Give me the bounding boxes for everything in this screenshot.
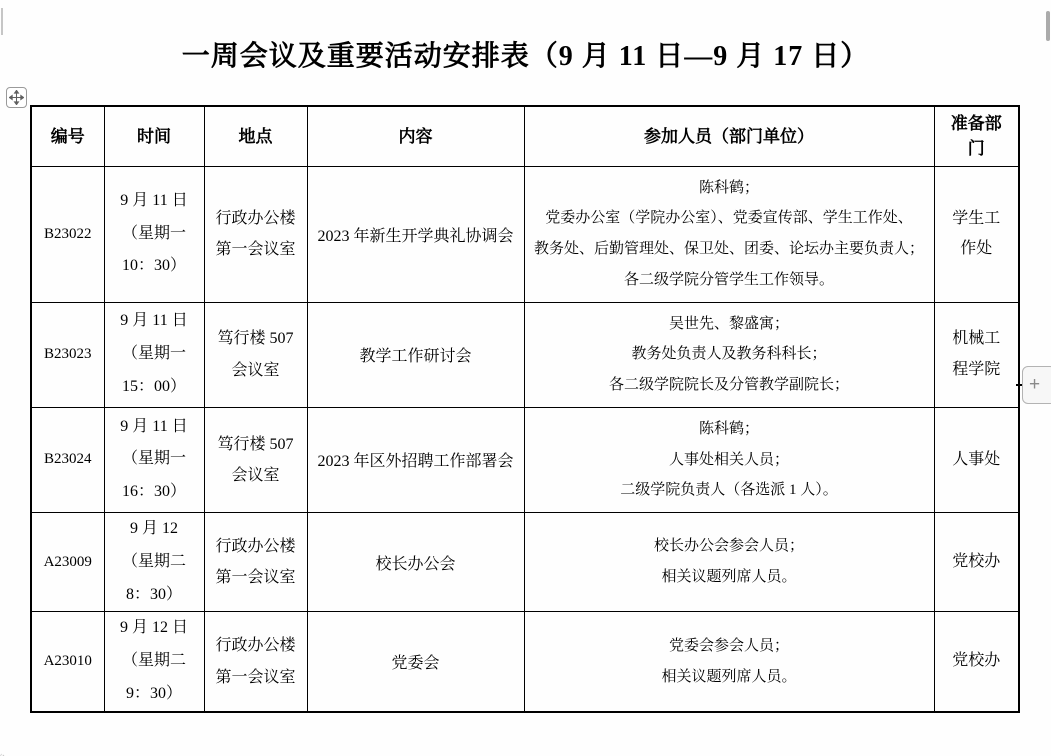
cell-participants[interactable]: 吴世先、黎盛寓； 教务处负责人及教务科科长； 各二级学院院长及分管教学副院长； bbox=[524, 302, 934, 407]
cell-content[interactable]: 2023 年区外招聘工作部署会 bbox=[307, 407, 524, 512]
cell-time[interactable]: 9 月 11 日 （星期一 10：30） bbox=[104, 166, 204, 302]
cell-place[interactable]: 行政办公楼 第一会议室 bbox=[204, 612, 307, 712]
insert-row-button[interactable]: + bbox=[1022, 366, 1051, 404]
table-move-handle[interactable] bbox=[6, 87, 27, 108]
scrollbar-thumb[interactable] bbox=[1046, 11, 1050, 41]
table-row: B23023 9 月 11 日 （星期一 15：00） 笃行楼 507 会议室 … bbox=[31, 302, 1019, 407]
cell-prep[interactable]: 学生工作处 bbox=[934, 166, 1019, 302]
cell-id[interactable]: A23010 bbox=[31, 612, 104, 712]
table-row: B23024 9 月 11 日 （星期一 16：30） 笃行楼 507 会议室 … bbox=[31, 407, 1019, 512]
cell-participants[interactable]: 校长办公会参会人员； 相关议题列席人员。 bbox=[524, 513, 934, 612]
cell-time[interactable]: 9 月 11 日 （星期一 16：30） bbox=[104, 407, 204, 512]
cell-prep[interactable]: 机械工程学院 bbox=[934, 302, 1019, 407]
table-row: A23010 9 月 12 日 （星期二 9：30） 行政办公楼 第一会议室 党… bbox=[31, 612, 1019, 712]
cell-participants[interactable]: 陈科鹤； 人事处相关人员； 二级学院负责人（各选派 1 人）。 bbox=[524, 407, 934, 512]
plus-icon: + bbox=[1029, 374, 1040, 396]
table-row: A23009 9 月 12 （星期二 8：30） 行政办公楼 第一会议室 校长办… bbox=[31, 513, 1019, 612]
cell-place[interactable]: 笃行楼 507 会议室 bbox=[204, 302, 307, 407]
document-page: { "title": "一周会议及重要活动安排表（9 月 11 日—9 月 17… bbox=[0, 0, 1051, 756]
col-header-content[interactable]: 内容 bbox=[307, 106, 524, 166]
header-row: 编号 时间 地点 内容 参加人员（部门单位） 准备部门 bbox=[31, 106, 1019, 166]
col-header-time[interactable]: 时间 bbox=[104, 106, 204, 166]
col-header-id[interactable]: 编号 bbox=[31, 106, 104, 166]
cell-prep[interactable]: 人事处 bbox=[934, 407, 1019, 512]
cell-content[interactable]: 党委会 bbox=[307, 612, 524, 712]
cell-content[interactable]: 教学工作研讨会 bbox=[307, 302, 524, 407]
cell-participants[interactable]: 党委会参会人员； 相关议题列席人员。 bbox=[524, 612, 934, 712]
cell-prep[interactable]: 党校办 bbox=[934, 513, 1019, 612]
cell-time[interactable]: 9 月 12 日 （星期二 9：30） bbox=[104, 612, 204, 712]
table-row: B23022 9 月 11 日 （星期一 10：30） 行政办公楼 第一会议室 … bbox=[31, 166, 1019, 302]
cell-place[interactable]: 笃行楼 507 会议室 bbox=[204, 407, 307, 512]
cell-time[interactable]: 9 月 11 日 （星期一 15：00） bbox=[104, 302, 204, 407]
resize-grip-mark bbox=[0, 747, 10, 755]
cell-participants[interactable]: 陈科鹤； 党委办公室（学院办公室）、党委宣传部、学生工作处、 教务处、后勤管理处… bbox=[524, 166, 934, 302]
cell-content[interactable]: 2023 年新生开学典礼协调会 bbox=[307, 166, 524, 302]
move-arrows-icon bbox=[9, 90, 24, 105]
cell-place[interactable]: 行政办公楼 第一会议室 bbox=[204, 166, 307, 302]
text-cursor-mark bbox=[1, 8, 3, 35]
cell-id[interactable]: A23009 bbox=[31, 513, 104, 612]
cell-place[interactable]: 行政办公楼 第一会议室 bbox=[204, 513, 307, 612]
col-header-place[interactable]: 地点 bbox=[204, 106, 307, 166]
schedule-table: 编号 时间 地点 内容 参加人员（部门单位） 准备部门 B23022 9 月 1… bbox=[30, 105, 1020, 713]
cell-prep[interactable]: 党校办 bbox=[934, 612, 1019, 712]
cell-time[interactable]: 9 月 12 （星期二 8：30） bbox=[104, 513, 204, 612]
cell-id[interactable]: B23022 bbox=[31, 166, 104, 302]
cell-id[interactable]: B23023 bbox=[31, 302, 104, 407]
cell-id[interactable]: B23024 bbox=[31, 407, 104, 512]
cell-content[interactable]: 校长办公会 bbox=[307, 513, 524, 612]
col-header-prep[interactable]: 准备部门 bbox=[934, 106, 1019, 166]
col-header-participants[interactable]: 参加人员（部门单位） bbox=[524, 106, 934, 166]
page-title[interactable]: 一周会议及重要活动安排表（9 月 11 日—9 月 17 日） bbox=[0, 34, 1051, 74]
